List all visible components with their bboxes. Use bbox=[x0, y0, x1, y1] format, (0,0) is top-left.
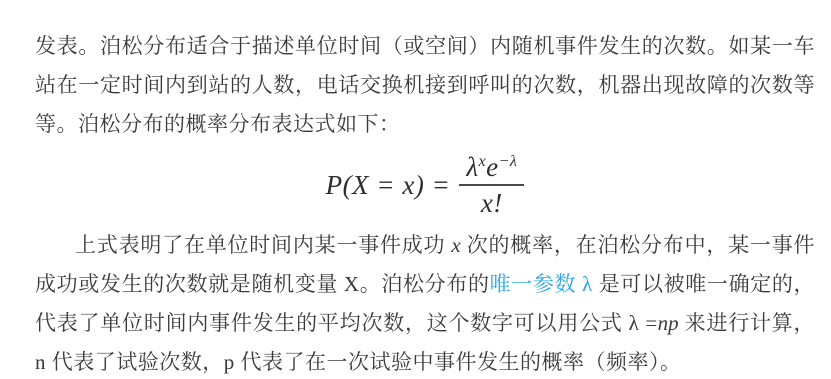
e-symbol: e bbox=[486, 152, 498, 182]
variable-np: np bbox=[658, 311, 679, 335]
paragraph-intro: 发表。泊松分布适合于描述单位时间（或空间）内随机事件发生的次数。如某一车站在一定… bbox=[35, 27, 815, 144]
formula-fraction: λxe−λx! bbox=[459, 153, 524, 218]
exponent-minus-lambda: −λ bbox=[499, 153, 518, 170]
formula-denominator: x! bbox=[481, 186, 503, 217]
document-page: 发表。泊松分布适合于描述单位时间（或空间）内随机事件发生的次数。如某一车站在一定… bbox=[0, 0, 831, 379]
variable-x: x bbox=[451, 233, 460, 257]
formula-lhs: P(X = x) = bbox=[326, 170, 451, 201]
explanation-text-1: 上式表明了在单位时间内某一事件成功 bbox=[75, 233, 451, 257]
paragraph-explanation: 上式表明了在单位时间内某一事件成功 x 次的概率，在泊松分布中，某一事件成功或发… bbox=[35, 226, 815, 379]
formula-block: P(X = x) =λxe−λx! bbox=[35, 144, 815, 226]
formula-numerator: λxe−λ bbox=[459, 153, 524, 186]
lambda-symbol: λ bbox=[466, 152, 478, 182]
exponent-x: x bbox=[479, 153, 487, 170]
intro-text: 发表。泊松分布适合于描述单位时间（或空间）内随机事件发生的次数。如某一车站在一定… bbox=[35, 34, 815, 136]
unique-parameter-link[interactable]: 唯一参数 λ bbox=[490, 272, 593, 296]
poisson-formula: P(X = x) =λxe−λx! bbox=[326, 153, 525, 218]
